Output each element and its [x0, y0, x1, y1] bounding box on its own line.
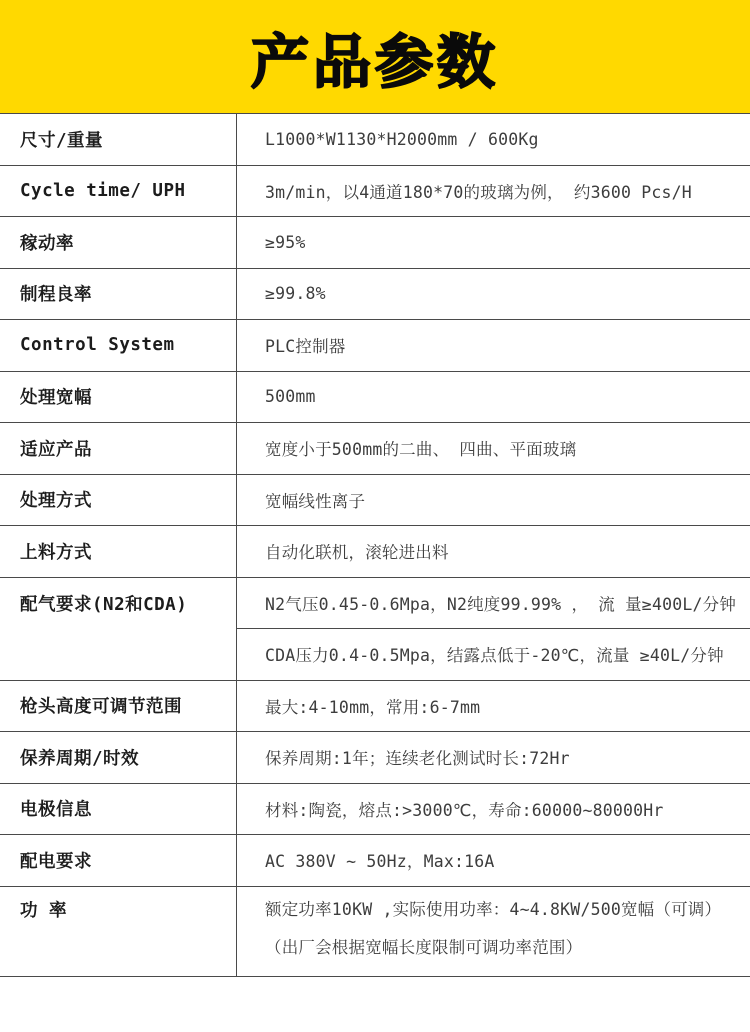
row-value: ≥95%	[237, 217, 750, 268]
row-value-text: L1000*W1130*H2000mm / 600Kg	[265, 130, 539, 149]
row-label-text: 配气要求(N2和CDA)	[20, 578, 187, 630]
spec-table: 尺寸/重量L1000*W1130*H2000mm / 600KgCycle ti…	[0, 113, 750, 977]
row-value: 额定功率10KW ,实际使用功率：4~4.8KW/500宽幅（可调）（出厂会根据…	[237, 887, 750, 977]
row-label-text: 稼动率	[20, 230, 74, 255]
row-value-text: 自动化联机，滚轮进出料	[265, 539, 449, 563]
row-label-text: 处理宽幅	[20, 384, 92, 409]
row-value-text: ≥99.8%	[265, 284, 326, 303]
page-title: 产品参数	[251, 15, 499, 99]
row-value-text: 500mm	[265, 387, 316, 406]
table-row: 配电要求AC 380V ~ 50Hz，Max:16A	[0, 835, 750, 887]
row-value-text: 宽度小于500mm的二曲、 四曲、平面玻璃	[265, 436, 576, 460]
table-row: 处理宽幅500mm	[0, 372, 750, 424]
row-label-text: 适应产品	[20, 436, 92, 461]
table-row: Control SystemPLC控制器	[0, 320, 750, 372]
row-label-text: 电极信息	[20, 796, 92, 821]
row-value: N2气压0.45-0.6Mpa，N2纯度99.99% ， 流 量≥400L/分钟…	[237, 578, 750, 680]
row-label: 功 率	[0, 887, 237, 977]
row-label: 尺寸/重量	[0, 114, 237, 165]
row-label: 处理宽幅	[0, 372, 237, 423]
row-value: 宽度小于500mm的二曲、 四曲、平面玻璃	[237, 423, 750, 474]
row-value-text: PLC控制器	[265, 333, 346, 357]
row-value: 保养周期:1年；连续老化测试时长:72Hr	[237, 732, 750, 783]
row-label-text: 尺寸/重量	[20, 127, 103, 152]
row-label-text: 保养周期/时效	[20, 745, 139, 770]
row-value: AC 380V ~ 50Hz，Max:16A	[237, 835, 750, 886]
table-row: 处理方式宽幅线性离子	[0, 475, 750, 527]
row-label: Control System	[0, 320, 237, 371]
row-label-text: 处理方式	[20, 487, 92, 512]
row-value: 最大:4-10mm，常用:6-7mm	[237, 681, 750, 732]
table-row: 配气要求(N2和CDA)N2气压0.45-0.6Mpa，N2纯度99.99% ，…	[0, 578, 750, 681]
table-row: 适应产品宽度小于500mm的二曲、 四曲、平面玻璃	[0, 423, 750, 475]
row-value: 宽幅线性离子	[237, 475, 750, 526]
row-value: L1000*W1130*H2000mm / 600Kg	[237, 114, 750, 165]
row-value: ≥99.8%	[237, 269, 750, 320]
header-banner: 产品参数	[0, 0, 750, 113]
row-label-text: 枪头高度可调节范围	[20, 693, 182, 718]
row-value-text: 最大:4-10mm，常用:6-7mm	[265, 694, 480, 718]
row-value: 500mm	[237, 372, 750, 423]
table-row: 枪头高度可调节范围最大:4-10mm，常用:6-7mm	[0, 681, 750, 733]
table-row: 保养周期/时效保养周期:1年；连续老化测试时长:72Hr	[0, 732, 750, 784]
row-label: 上料方式	[0, 526, 237, 577]
table-row: 制程良率≥99.8%	[0, 269, 750, 321]
row-label-text: 制程良率	[20, 281, 92, 306]
row-value-text: 额定功率10KW ,实际使用功率：4~4.8KW/500宽幅（可调）	[265, 891, 750, 929]
row-label-text: 功 率	[20, 887, 67, 933]
table-row: 功 率额定功率10KW ,实际使用功率：4~4.8KW/500宽幅（可调）（出厂…	[0, 887, 750, 978]
row-label: 枪头高度可调节范围	[0, 681, 237, 732]
row-label-text: 上料方式	[20, 539, 92, 564]
row-value-text: 宽幅线性离子	[265, 488, 365, 512]
table-row: 尺寸/重量L1000*W1130*H2000mm / 600Kg	[0, 114, 750, 166]
row-value: 自动化联机，滚轮进出料	[237, 526, 750, 577]
row-label: 适应产品	[0, 423, 237, 474]
row-label-text: Cycle time/ UPH	[20, 181, 186, 201]
table-row: Cycle time/ UPH3m/min，以4通道180*70的玻璃为例， 约…	[0, 166, 750, 218]
row-value-text: ≥95%	[265, 233, 306, 252]
table-row: 稼动率≥95%	[0, 217, 750, 269]
row-value-text: 材料:陶瓷，熔点:>3000℃，寿命:60000~80000Hr	[265, 797, 664, 821]
row-label: 稼动率	[0, 217, 237, 268]
row-label: 配气要求(N2和CDA)	[0, 578, 237, 680]
row-label: 电极信息	[0, 784, 237, 835]
row-value-text: N2气压0.45-0.6Mpa，N2纯度99.99% ， 流 量≥400L/分钟	[237, 578, 750, 630]
row-value-text: AC 380V ~ 50Hz，Max:16A	[265, 848, 495, 872]
row-value: 3m/min，以4通道180*70的玻璃为例， 约3600 Pcs/H	[237, 166, 750, 217]
row-value-text: 保养周期:1年；连续老化测试时长:72Hr	[265, 745, 570, 769]
row-label: 制程良率	[0, 269, 237, 320]
table-row: 电极信息材料:陶瓷，熔点:>3000℃，寿命:60000~80000Hr	[0, 784, 750, 836]
row-label-text: Control System	[20, 335, 175, 355]
row-label-text: 配电要求	[20, 848, 92, 873]
table-row: 上料方式自动化联机，滚轮进出料	[0, 526, 750, 578]
row-value: 材料:陶瓷，熔点:>3000℃，寿命:60000~80000Hr	[237, 784, 750, 835]
row-value-text: （出厂会根据宽幅长度限制可调功率范围）	[265, 929, 750, 967]
row-label: 保养周期/时效	[0, 732, 237, 783]
row-label: 处理方式	[0, 475, 237, 526]
row-value: PLC控制器	[237, 320, 750, 371]
row-value-text: 3m/min，以4通道180*70的玻璃为例， 约3600 Pcs/H	[265, 179, 692, 203]
row-value-text: CDA压力0.4-0.5Mpa，结露点低于-20℃，流量 ≥40L/分钟	[237, 629, 750, 680]
row-label: 配电要求	[0, 835, 237, 886]
row-label: Cycle time/ UPH	[0, 166, 237, 217]
